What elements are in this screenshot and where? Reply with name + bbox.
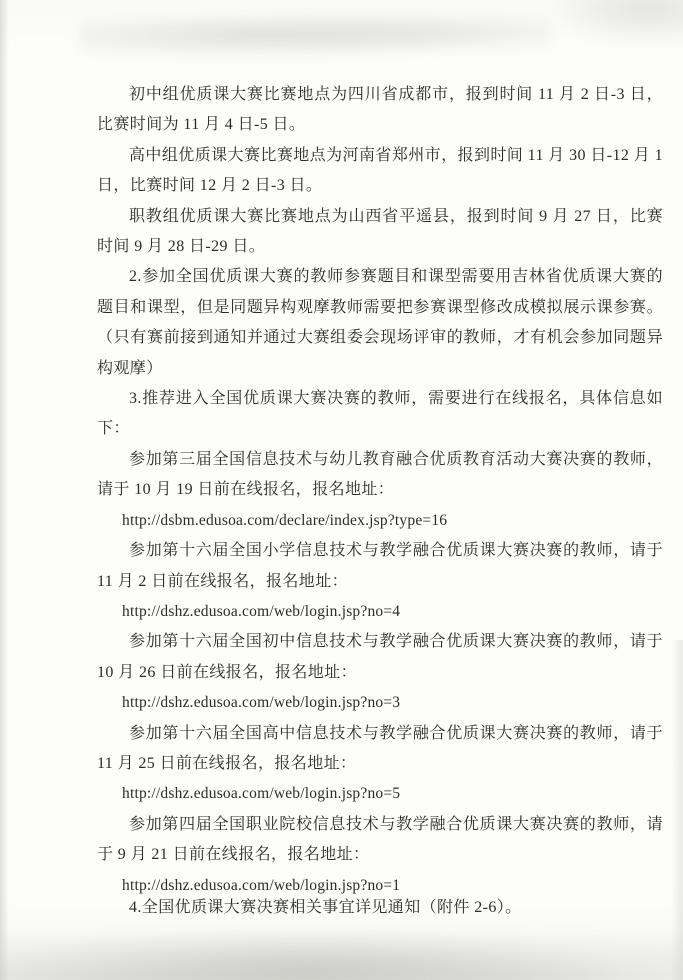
notice-paragraph: 2.参加全国优质课大赛的教师参赛题目和课型需要用吉林省优质课大赛的题目和课型，但… <box>97 262 663 384</box>
registration-url: http://dsbm.edusoa.com/declare/index.jsp… <box>97 506 663 536</box>
registration-url: http://dshz.edusoa.com/web/login.jsp?no=… <box>97 688 663 718</box>
notice-paragraph: 4.全国优质课大赛决赛相关事宜详见通知（附件 2-6）。 <box>97 893 663 923</box>
notice-paragraph: 参加第十六届全国高中信息技术与教学融合优质课大赛决赛的教师，请于 11 月 25… <box>97 719 663 780</box>
scanned-page: 初中组优质课大赛比赛地点为四川省成都市，报到时间 11 月 2 日-3 日，比赛… <box>0 0 683 980</box>
registration-url: http://dshz.edusoa.com/web/login.jsp?no=… <box>97 779 663 809</box>
document-body: 初中组优质课大赛比赛地点为四川省成都市，报到时间 11 月 2 日-3 日，比赛… <box>97 80 663 923</box>
notice-paragraph: 参加第十六届全国初中信息技术与教学融合优质课大赛决赛的教师，请于 10 月 26… <box>97 627 663 688</box>
notice-paragraph: 参加第三届全国信息技术与幼儿教育融合优质教育活动大赛决赛的教师，请于 10 月 … <box>97 445 663 506</box>
notice-paragraph: 职教组优质课大赛比赛地点为山西省平遥县，报到时间 9 月 27 日，比赛时间 9… <box>97 202 663 263</box>
notice-paragraph: 参加第四届全国职业院校信息技术与教学融合优质课大赛决赛的教师，请于 9 月 21… <box>97 810 663 871</box>
notice-paragraph: 3.推荐进入全国优质课大赛决赛的教师，需要进行在线报名，具体信息如下： <box>97 384 663 445</box>
notice-paragraph: 参加第十六届全国小学信息技术与教学融合优质课大赛决赛的教师，请于 11 月 2 … <box>97 536 663 597</box>
registration-url: http://dshz.edusoa.com/web/login.jsp?no=… <box>97 597 663 627</box>
notice-paragraph: 初中组优质课大赛比赛地点为四川省成都市，报到时间 11 月 2 日-3 日，比赛… <box>97 80 663 141</box>
notice-paragraph: 高中组优质课大赛比赛地点为河南省郑州市，报到时间 11 月 30 日-12 月 … <box>97 141 663 202</box>
